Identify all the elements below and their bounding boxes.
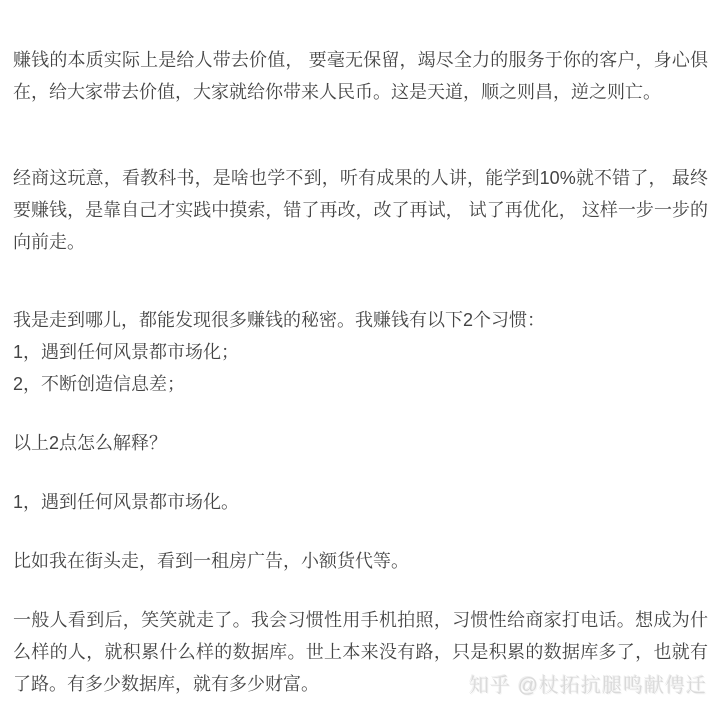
paragraph-database-wealth: 一般人看到后，笑笑就走了。我会习惯性用手机拍照，习惯性给商家打电话。想成为什么样…	[13, 604, 708, 700]
paragraph-business-practice: 经商这玩意，看教科书，是啥也学不到，听有成果的人讲，能学到10%就不错了， 最终…	[13, 162, 708, 258]
paragraph-habit-one-title: 1，遇到任何风景都市场化。	[13, 486, 708, 518]
paragraph-two-habits-list: 我是走到哪儿，都能发现很多赚钱的秘密。我赚钱有以下2个习惯： 1，遇到任何风景都…	[13, 304, 708, 400]
paragraph-value-of-money: 赚钱的本质实际上是给人带去价值， 要毫无保留，竭尽全力的服务于你的客户，身心俱在…	[13, 44, 708, 108]
paragraph-street-example: 比如我在街头走，看到一租房广告，小额货代等。	[13, 545, 708, 577]
answer-content: 赚钱的本质实际上是给人带去价值， 要毫无保留，竭尽全力的服务于你的客户，身心俱在…	[0, 0, 720, 717]
paragraph-question: 以上2点怎么解释？	[13, 427, 708, 459]
